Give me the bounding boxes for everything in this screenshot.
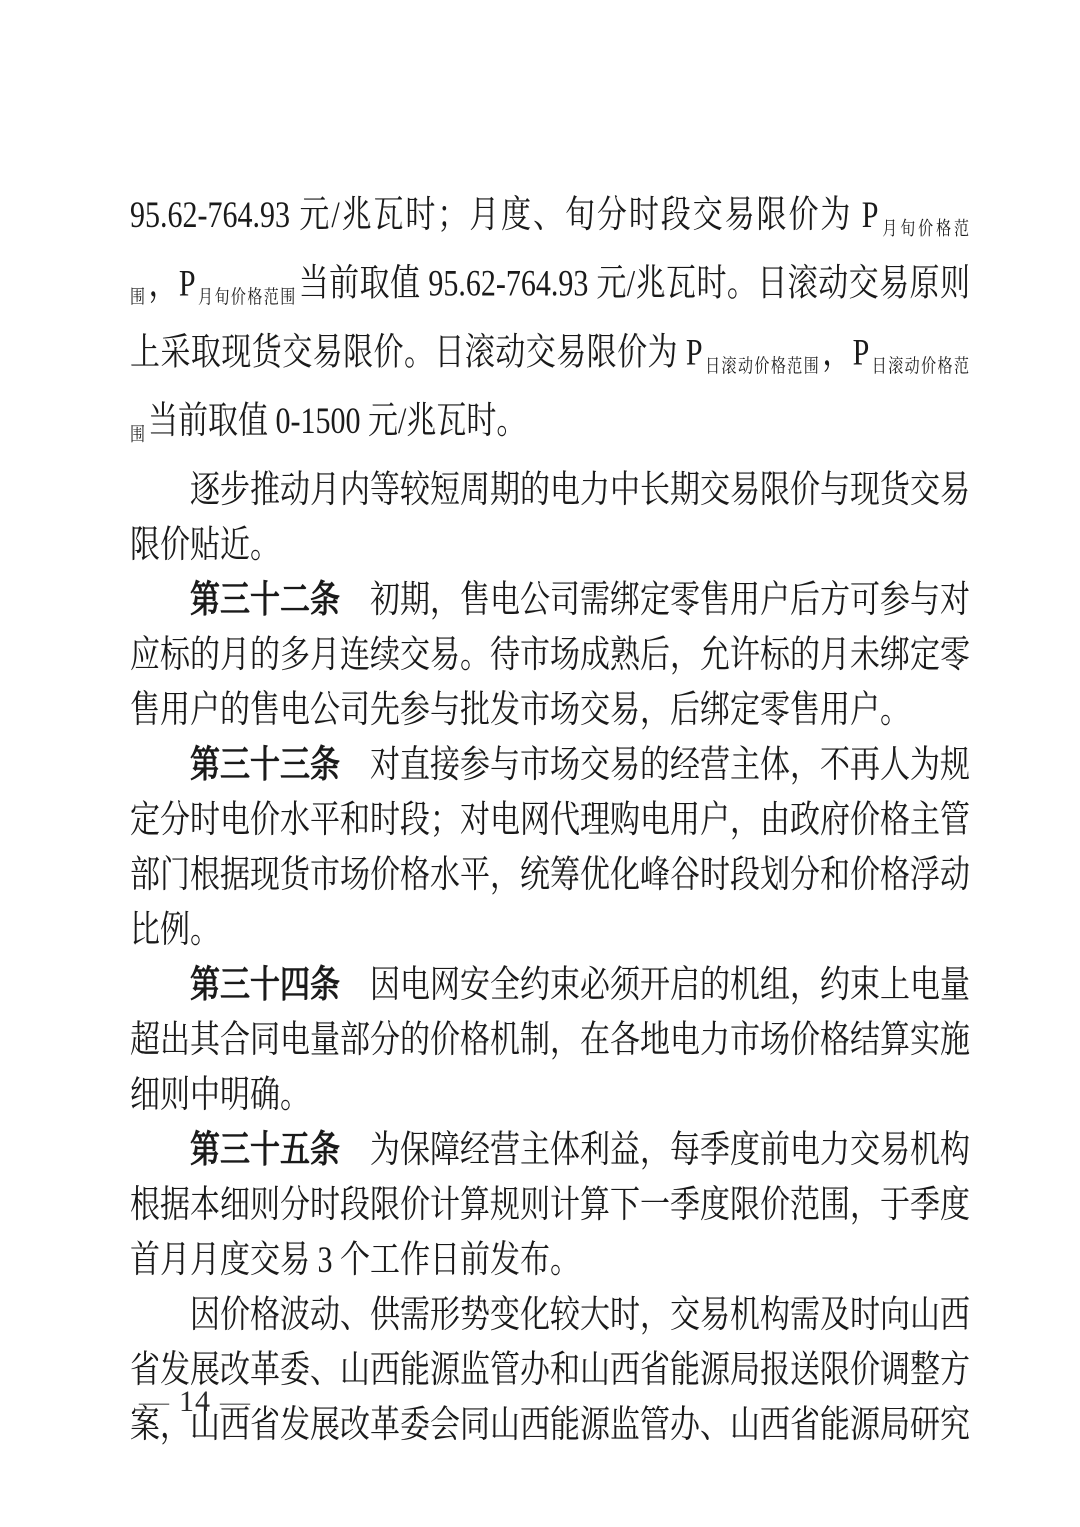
- page-footer: —14—: [130, 1385, 260, 1419]
- text-run: 逐步推动月内等较短周期的电力中长期交易限价与现货交易限价贴近。: [130, 469, 970, 565]
- article-number-32: 第三十二条: [190, 579, 340, 620]
- paragraph-article-32: 第三十二条初期，售电公司需绑定零售用户后方可参与对应标的月的多月连续交易。待市场…: [130, 573, 970, 738]
- paragraph-price-adjustment-reporting: 因价格波动、供需形势变化较大时，交易机构需及时向山西省发展改革委、山西能源监管办…: [130, 1288, 970, 1453]
- paragraph-price-limit-continuation: 95.62-764.93 元/兆瓦时；月度、旬分时段交易限价为 P月旬价格范围，…: [130, 188, 970, 463]
- paragraph-short-cycle-alignment: 逐步推动月内等较短周期的电力中长期交易限价与现货交易限价贴近。: [130, 463, 970, 573]
- article-number-33: 第三十三条: [190, 744, 340, 785]
- text-run: 95.62-764.93 元/兆瓦时；月度、旬分时段交易限价为 P: [130, 194, 878, 235]
- text-run: ，P: [148, 263, 195, 304]
- page-number: 14: [179, 1385, 211, 1418]
- paragraph-article-35: 第三十五条为保障经营主体利益，每季度前电力交易机构根据本细则分时段限价计算规则计…: [130, 1123, 970, 1288]
- article-number-35: 第三十五条: [190, 1129, 340, 1170]
- paragraph-article-33: 第三十三条对直接参与市场交易的经营主体，不再人为规定分时电价水平和时段；对电网代…: [130, 738, 970, 958]
- footer-dash-left: —: [130, 1385, 179, 1418]
- text-run: 因价格波动、供需形势变化较大时，交易机构需及时向山西省发展改革委、山西能源监管办…: [130, 1294, 970, 1445]
- article-number-34: 第三十四条: [190, 964, 340, 1005]
- document-body: 95.62-764.93 元/兆瓦时；月度、旬分时段交易限价为 P月旬价格范围，…: [130, 188, 970, 1453]
- subscript-daily-rolling-price-range: 日滚动价格范围: [703, 357, 823, 377]
- subscript-month-ten-day-price-range: 月旬价格范围: [196, 288, 299, 308]
- paragraph-article-34: 第三十四条因电网安全约束必须开启的机组，约束上电量超出其合同电量部分的价格机制，…: [130, 958, 970, 1123]
- footer-dash-right: —: [211, 1385, 260, 1418]
- text-run: 当前取值 0-1500 元/兆瓦时。: [148, 401, 526, 442]
- text-run: ，P: [822, 332, 869, 373]
- document-page: 95.62-764.93 元/兆瓦时；月度、旬分时段交易限价为 P月旬价格范围，…: [0, 0, 1080, 1527]
